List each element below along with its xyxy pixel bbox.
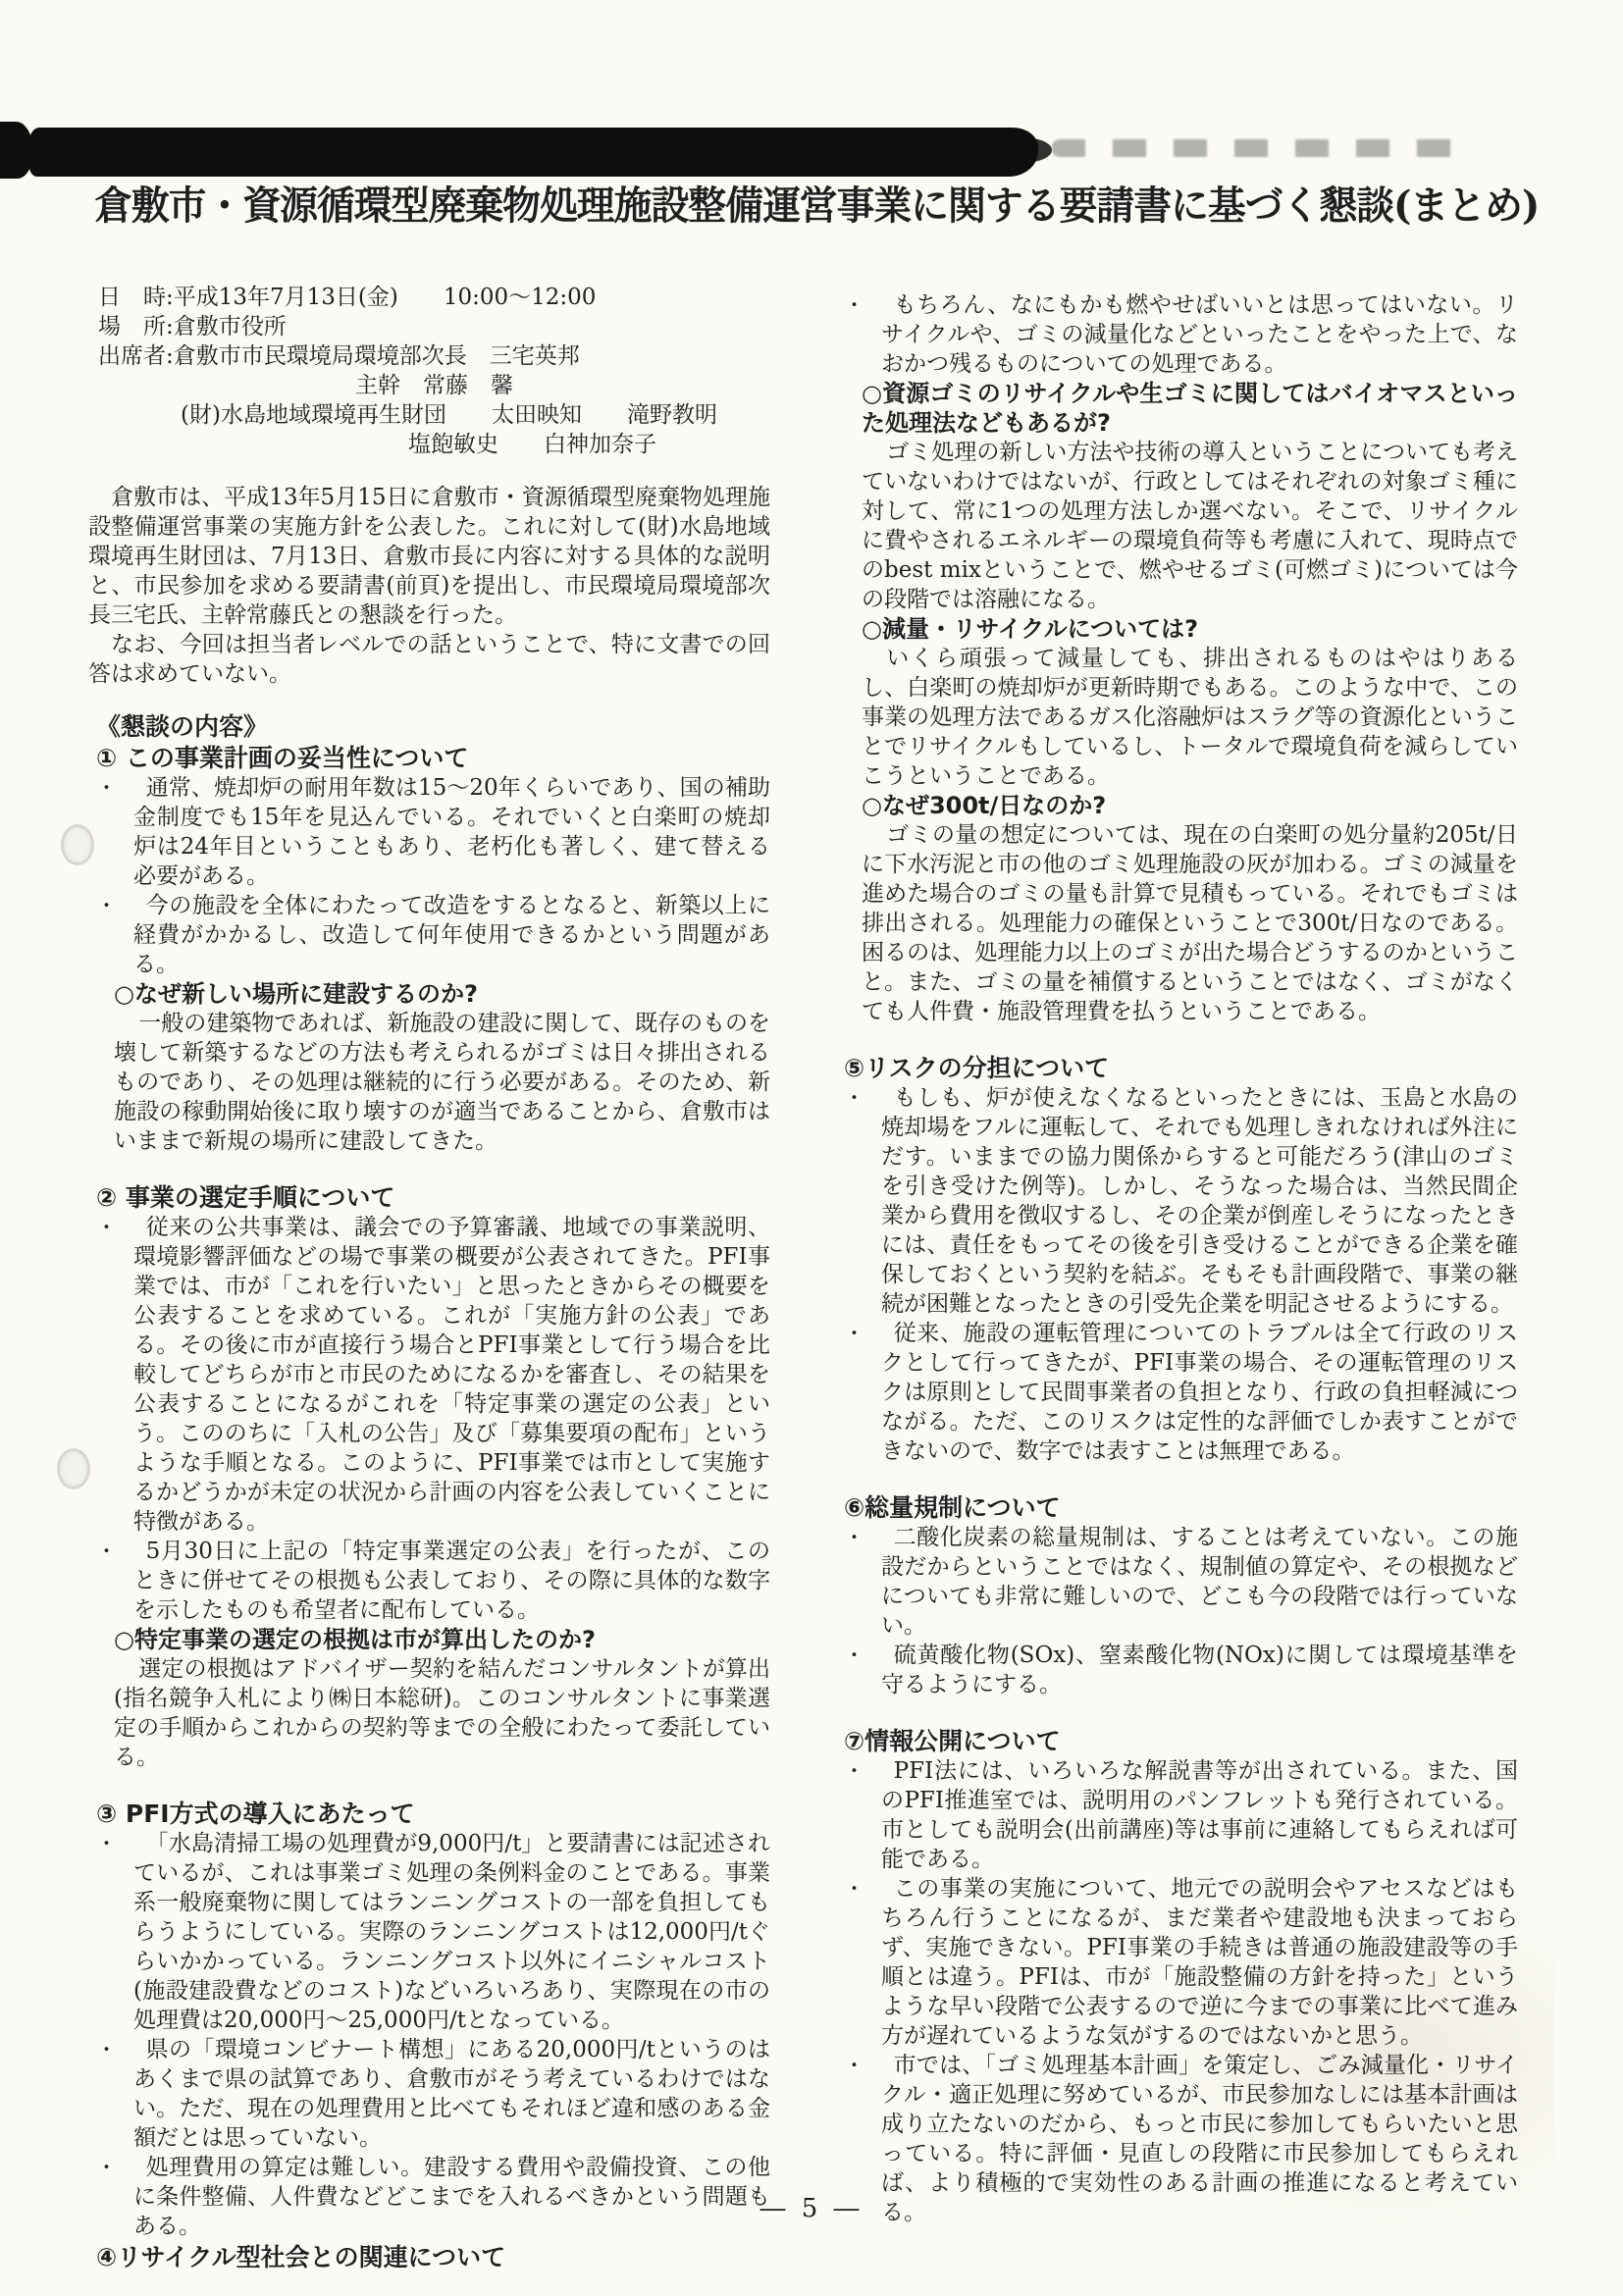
- question-heading: ○特定事業の選定の根拠は市が算出したのか?: [114, 1625, 770, 1654]
- question-heading: ○減量・リサイクルについては?: [862, 614, 1518, 644]
- contents-label: 《懇談の内容》: [96, 712, 770, 742]
- right-column-blocks: ・もちろん、なにもかも燃やせばいいとは思ってはいない。リサイクルや、ゴミの減量化…: [836, 290, 1518, 2227]
- bullet-text: PFI法には、いろいろな解説書等が出されている。また、国のPFI推進室では、説明…: [881, 1758, 1518, 1872]
- bullet-item: ・二酸化炭素の総量規制は、することは考えていない。この施設だからということではな…: [836, 1523, 1518, 1641]
- bullet-marker: ・: [96, 891, 117, 920]
- bullet-marker: ・: [96, 2035, 117, 2064]
- bullet-marker: ・: [844, 1523, 864, 1552]
- bullet-marker: ・: [844, 1641, 864, 1670]
- meta-line: 場 所:倉敷市役所: [98, 312, 770, 341]
- bullet-marker: ・: [844, 290, 864, 320]
- scanned-document-page: 倉敷市・資源循環型廃棄物処理施設整備運営事業に関する要請書に基づく懇談(まとめ)…: [0, 0, 1623, 2296]
- scan-smear-band: [29, 128, 1038, 177]
- bullet-item: ・硫黄酸化物(SOx)、窒素酸化物(NOx)に関しては環境基準を守るようにする。: [836, 1641, 1518, 1699]
- meta-line: 主幹 常藤 馨: [355, 371, 770, 400]
- bullet-text: 5月30日に上記の「特定事業選定の公表」を行ったが、このときに併せてその根拠も公…: [133, 1539, 770, 1623]
- bullet-marker: ・: [96, 1537, 117, 1566]
- answer-paragraph: ゴミ処理の新しい方法や技術の導入ということについても考えていないわけではないが、…: [862, 438, 1518, 614]
- bullet-text: 二酸化炭素の総量規制は、することは考えていない。この施設だからということではなく…: [881, 1525, 1518, 1639]
- meta-line: 出席者:倉敷市市民環境局環境部次長 三宅英邦: [98, 341, 770, 371]
- section-heading: ③ PFI方式の導入にあたって: [96, 1800, 770, 1829]
- answer-paragraph: いくら頑張って減量しても、排出されるものはやはりあるし、白楽町の焼却炉が更新時期…: [862, 644, 1518, 791]
- page-number: ― 5 ―: [0, 2194, 1623, 2223]
- bullet-marker: ・: [96, 1829, 117, 1858]
- scan-smear-specks: [1052, 139, 1474, 157]
- bullet-marker: ・: [844, 1756, 864, 1786]
- bullet-item: ・もしも、炉が使えなくなるといったときには、玉島と水島の焼却場をフルに運転して、…: [836, 1083, 1518, 1319]
- intro-paragraph: 倉敷市は、平成13年5月15日に倉敷市・資源循環型廃棄物処理施設整備運営事業の実…: [88, 483, 770, 630]
- meta-line: 塩飽敏史 白神加奈子: [408, 430, 770, 459]
- right-column: ・もちろん、なにもかも燃やせばいいとは思ってはいない。リサイクルや、ゴミの減量化…: [836, 290, 1518, 2227]
- bullet-marker: ・: [96, 2153, 117, 2182]
- bullet-text: 硫黄酸化物(SOx)、窒素酸化物(NOx)に関しては環境基準を守るようにする。: [881, 1643, 1518, 1697]
- answer-paragraph: 選定の根拠はアドバイザー契約を結んだコンサルタントが算出(指名競争入札により㈱日…: [114, 1654, 770, 1772]
- bullet-item: ・「水島清掃工場の処理費が9,000円/t」と要請書には記述されているが、これは…: [88, 1829, 770, 2035]
- meta-line: 日 時:平成13年7月13日(金) 10:00〜12:00: [98, 283, 770, 312]
- left-column: 日 時:平成13年7月13日(金) 10:00〜12:00場 所:倉敷市役所出席…: [88, 283, 770, 2272]
- section-heading: ② 事業の選定手順について: [96, 1183, 770, 1213]
- section-heading: ① この事業計画の妥当性について: [96, 744, 770, 773]
- section-heading: ⑤リスクの分担について: [844, 1054, 1518, 1083]
- meeting-meta: 日 時:平成13年7月13日(金) 10:00〜12:00場 所:倉敷市役所出席…: [98, 283, 770, 459]
- bullet-marker: ・: [844, 1874, 864, 1904]
- intro-paragraph: なお、今回は担当者レベルでの話ということで、特に文書での回答は求めていない。: [88, 630, 770, 689]
- question-heading: ○資源ゴミのリサイクルや生ゴミに関してはバイオマスといった処理法などもあるが?: [862, 379, 1518, 438]
- bullet-text: もちろん、なにもかも燃やせばいいとは思ってはいない。リサイクルや、ゴミの減量化な…: [881, 292, 1518, 377]
- meta-line: (財)水島地域環境再生財団 太田映知 滝野教明: [181, 400, 770, 430]
- bullet-item: ・県の「環境コンビナート構想」にある20,000円/tというのはあくまで県の試算…: [88, 2035, 770, 2153]
- left-column-blocks: 《懇談の内容》① この事業計画の妥当性について・通常、焼却炉の耐用年数は15〜2…: [88, 712, 770, 2272]
- document-title: 倉敷市・資源循環型廃棄物処理施設整備運営事業に関する要請書に基づく懇談(まとめ): [94, 175, 1539, 231]
- answer-paragraph: 一般の建築物であれば、新施設の建設に関して、既存のものを壊して新築するなどの方法…: [114, 1009, 770, 1156]
- bullet-text: 従来、施設の運転管理についてのトラブルは全て行政のリスクとして行ってきたが、PF…: [881, 1321, 1518, 1464]
- bullet-item: ・PFI法には、いろいろな解説書等が出されている。また、国のPFI推進室では、説…: [836, 1756, 1518, 1874]
- bullet-text: この事業の実施について、地元での説明会やアセスなどはもちろん行うことになるが、ま…: [881, 1876, 1518, 2049]
- bullet-marker: ・: [96, 773, 117, 803]
- bullet-text: 県の「環境コンビナート構想」にある20,000円/tというのはあくまで県の試算で…: [133, 2037, 770, 2151]
- bullet-item: ・この事業の実施について、地元での説明会やアセスなどはもちろん行うことになるが、…: [836, 1874, 1518, 2051]
- bullet-item: ・通常、焼却炉の耐用年数は15〜20年くらいであり、国の補助金制度でも15年を見…: [88, 773, 770, 891]
- bullet-text: もしも、炉が使えなくなるといったときには、玉島と水島の焼却場をフルに運転して、そ…: [881, 1085, 1518, 1317]
- bullet-item: ・今の施設を全体にわたって改造をするとなると、新築以上に経費がかかるし、改造して…: [88, 891, 770, 979]
- bullet-item: ・従来、施設の運転管理についてのトラブルは全て行政のリスクとして行ってきたが、P…: [836, 1319, 1518, 1466]
- bullet-item: ・もちろん、なにもかも燃やせばいいとは思ってはいない。リサイクルや、ゴミの減量化…: [836, 290, 1518, 379]
- section-heading: ④リサイクル型社会との関連について: [96, 2243, 770, 2272]
- bullet-item: ・従来の公共事業は、議会での予算審議、地域での事業説明、環境影響評価などの場で事…: [88, 1213, 770, 1537]
- question-heading: ○なぜ新しい場所に建設するのか?: [114, 979, 770, 1009]
- intro-paragraphs: 倉敷市は、平成13年5月15日に倉敷市・資源循環型廃棄物処理施設整備運営事業の実…: [88, 483, 770, 689]
- section-heading: ⑦情報公開について: [844, 1727, 1518, 1756]
- bullet-text: 通常、焼却炉の耐用年数は15〜20年くらいであり、国の補助金制度でも15年を見込…: [133, 775, 770, 889]
- punch-hole-bottom: [57, 1448, 90, 1489]
- question-heading: ○なぜ300t/日なのか?: [862, 791, 1518, 820]
- bullet-text: 「水島清掃工場の処理費が9,000円/t」と要請書には記述されているが、これは事…: [133, 1831, 770, 2033]
- bullet-marker: ・: [844, 2051, 864, 2080]
- answer-paragraph: ゴミの量の想定については、現在の白楽町の処分量約205t/日に下水汚泥と市の他の…: [862, 820, 1518, 1026]
- bullet-text: 今の施設を全体にわたって改造をするとなると、新築以上に経費がかかるし、改造して何…: [133, 893, 770, 977]
- section-heading: ⑥総量規制について: [844, 1493, 1518, 1523]
- bullet-marker: ・: [844, 1083, 864, 1113]
- bullet-text: 従来の公共事業は、議会での予算審議、地域での事業説明、環境影響評価などの場で事業…: [133, 1215, 770, 1535]
- bullet-marker: ・: [96, 1213, 117, 1242]
- bullet-marker: ・: [844, 1319, 864, 1348]
- bullet-item: ・5月30日に上記の「特定事業選定の公表」を行ったが、このときに併せてその根拠も…: [88, 1537, 770, 1625]
